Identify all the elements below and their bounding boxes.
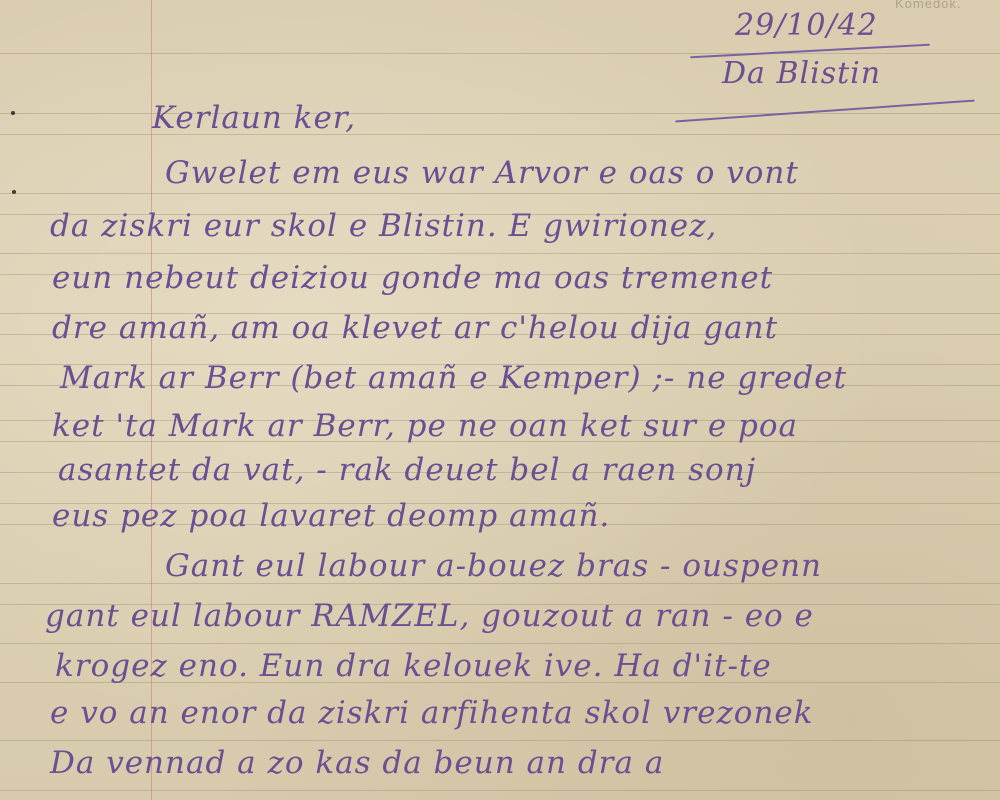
ruled-line [0,790,1000,791]
ruled-line [0,253,1000,254]
letter-line: da ziskri eur skol e Blistin. E gwirione… [50,208,717,244]
salutation: Kerlaun ker, [152,100,356,136]
ruled-line [0,643,1000,644]
place-underline [675,100,974,123]
letter-line: eun nebeut deiziou gonde ma oas tremenet [52,260,773,296]
letter-line: Mark ar Berr (bet amañ e Kemper) ;- ne g… [60,360,847,396]
ruled-line [0,193,1000,194]
ruled-line [0,113,1000,114]
archive-stamp: Komedok. [895,0,962,11]
letter-line: krogez eno. Eun dra kelouek ive. Ha d'it… [55,648,772,684]
ruled-line [0,740,1000,741]
punch-mark [11,111,15,115]
ruled-line [0,134,1000,135]
letter-page: Komedok. 29/10/42 Da Blistin Kerlaun ker… [0,0,1000,800]
letter-line: ket 'ta Mark ar Berr, pe ne oan ket sur … [52,408,798,444]
ruled-line [0,53,1000,54]
letter-line: Gant eul labour a-bouez bras - ouspenn [165,548,822,584]
letter-date: 29/10/42 [735,8,878,43]
letter-line: e vo an enor da ziskri arfihenta skol vr… [50,695,814,731]
letter-line: asantet da vat, - rak deuet bel a raen s… [58,452,756,488]
punch-mark [12,190,16,194]
letter-line: Da vennad a zo kas da beun an dra a [50,745,664,781]
letter-line: dre amañ, am oa klevet ar c'helou dija g… [52,310,778,346]
letter-place: Da Blistin [722,56,881,91]
letter-line: Gwelet em eus war Arvor e oas o vont [165,155,799,191]
letter-line: eus pez poa lavaret deomp amañ. [52,498,610,534]
letter-line: gant eul labour RAMZEL, gouzout a ran - … [45,598,814,634]
